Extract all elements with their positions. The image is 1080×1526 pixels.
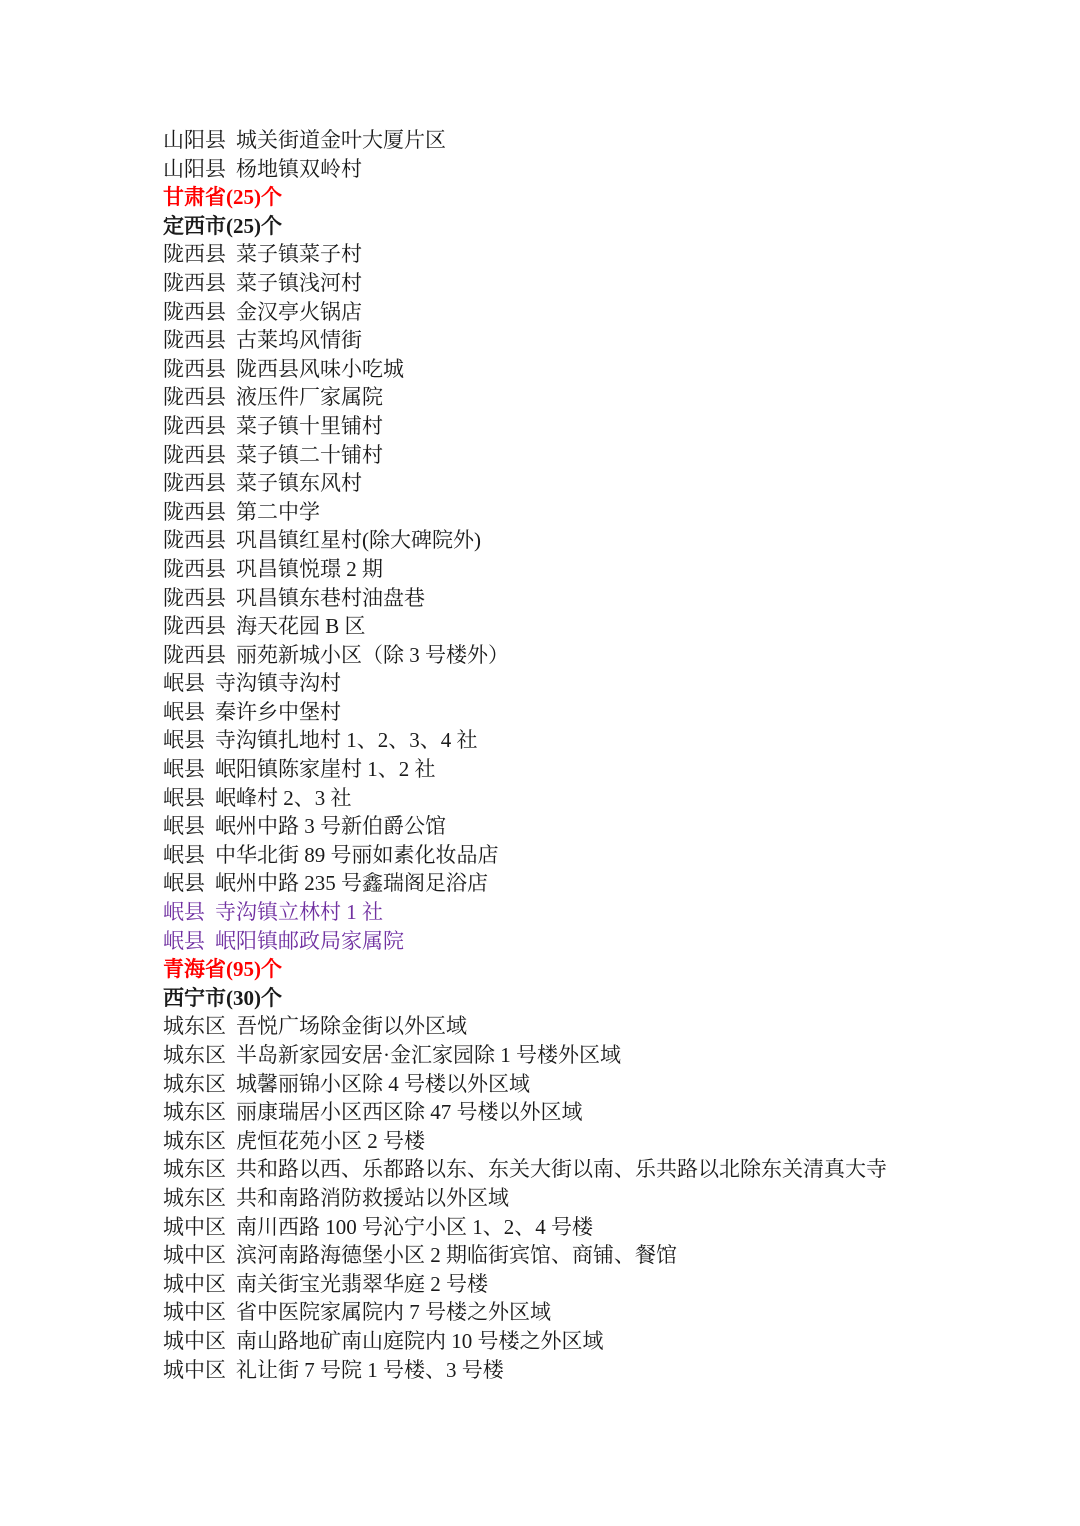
risk-area-entry: 岷县岷阳镇邮政局家属院	[163, 927, 1020, 956]
risk-area-entry: 城中区南川西路 100 号沁宁小区 1、2、4 号楼	[163, 1213, 1020, 1242]
region-label: 城东区	[163, 1014, 226, 1038]
risk-area-entry: 陇西县菜子镇浅河村	[163, 269, 1020, 298]
place-label: 滨河南路海德堡小区 2 期临街宾馆、商铺、餐馆	[236, 1243, 677, 1267]
place-label: 菜子镇东风村	[236, 471, 362, 495]
risk-area-entry: 岷县中华北街 89 号丽如素化妆品店	[163, 841, 1020, 870]
place-label: 丽苑新城小区（除 3 号楼外）	[236, 643, 509, 667]
place-label: 菜子镇浅河村	[236, 271, 362, 295]
place-label: 岷峰村 2、3 社	[215, 786, 352, 810]
risk-area-entry: 城东区吾悦广场除金街以外区域	[163, 1012, 1020, 1041]
region-label: 岷县	[163, 671, 205, 695]
region-label: 陇西县	[163, 357, 226, 381]
risk-area-entry: 岷县秦许乡中堡村	[163, 698, 1020, 727]
city-header: 定西市(25)个	[163, 212, 1020, 241]
place-label: 虎恒花苑小区 2 号楼	[236, 1129, 425, 1153]
place-label: 共和路以西、乐都路以东、东关大街以南、乐共路以北除东关清真大寺	[236, 1157, 887, 1181]
risk-area-entry: 陇西县第二中学	[163, 498, 1020, 527]
place-label: 城关街道金叶大厦片区	[236, 128, 446, 152]
region-label: 岷县	[163, 814, 205, 838]
region-label: 城东区	[163, 1129, 226, 1153]
risk-area-entry: 岷县岷州中路 235 号鑫瑞阁足浴店	[163, 869, 1020, 898]
risk-area-entry: 陇西县巩昌镇红星村(除大碑院外)	[163, 526, 1020, 555]
region-label: 城东区	[163, 1186, 226, 1210]
region-label: 城中区	[163, 1215, 226, 1239]
region-label: 陇西县	[163, 385, 226, 409]
place-label: 南关街宝光翡翠华庭 2 号楼	[236, 1272, 488, 1296]
region-label: 岷县	[163, 728, 205, 752]
risk-area-entry: 城东区共和路以西、乐都路以东、东关大街以南、乐共路以北除东关清真大寺	[163, 1155, 1020, 1184]
risk-area-entry: 城东区虎恒花苑小区 2 号楼	[163, 1127, 1020, 1156]
risk-area-entry: 城中区滨河南路海德堡小区 2 期临街宾馆、商铺、餐馆	[163, 1241, 1020, 1270]
risk-area-entry: 陇西县古莱坞风情街	[163, 326, 1020, 355]
region-label: 岷县	[163, 700, 205, 724]
region-label: 陇西县	[163, 414, 226, 438]
region-label: 山阳县	[163, 128, 226, 152]
region-label: 岷县	[163, 786, 205, 810]
place-label: 第二中学	[236, 500, 320, 524]
risk-area-entry: 陇西县菜子镇东风村	[163, 469, 1020, 498]
region-label: 陇西县	[163, 528, 226, 552]
place-label: 菜子镇二十铺村	[236, 443, 383, 467]
region-label: 城中区	[163, 1329, 226, 1353]
place-label: 秦许乡中堡村	[215, 700, 341, 724]
region-label: 岷县	[163, 929, 205, 953]
region-label: 陇西县	[163, 242, 226, 266]
place-label: 省中医院家属院内 7 号楼之外区域	[236, 1300, 551, 1324]
region-label: 陇西县	[163, 586, 226, 610]
risk-area-entry: 城中区礼让街 7 号院 1 号楼、3 号楼	[163, 1356, 1020, 1385]
risk-area-entry: 陇西县巩昌镇东巷村油盘巷	[163, 584, 1020, 613]
region-label: 岷县	[163, 871, 205, 895]
risk-area-entry: 岷县寺沟镇扎地村 1、2、3、4 社	[163, 726, 1020, 755]
place-label: 中华北街 89 号丽如素化妆品店	[215, 843, 499, 867]
place-label: 南川西路 100 号沁宁小区 1、2、4 号楼	[236, 1215, 593, 1239]
place-label: 杨地镇双岭村	[236, 157, 362, 181]
region-label: 陇西县	[163, 614, 226, 638]
place-label: 巩昌镇悦璟 2 期	[236, 557, 383, 581]
risk-area-entry: 城东区城馨丽锦小区除 4 号楼以外区域	[163, 1070, 1020, 1099]
risk-area-entry: 城中区南关街宝光翡翠华庭 2 号楼	[163, 1270, 1020, 1299]
region-label: 城中区	[163, 1300, 226, 1324]
region-label: 陇西县	[163, 300, 226, 324]
risk-area-entry: 城东区半岛新家园安居·金汇家园除 1 号楼外区域	[163, 1041, 1020, 1070]
city-header: 西宁市(30)个	[163, 984, 1020, 1013]
risk-area-entry: 岷县岷州中路 3 号新伯爵公馆	[163, 812, 1020, 841]
header-label: 甘肃省(25)个	[163, 185, 282, 209]
place-label: 岷阳镇邮政局家属院	[215, 929, 404, 953]
risk-area-entry: 陇西县陇西县风味小吃城	[163, 355, 1020, 384]
region-label: 陇西县	[163, 443, 226, 467]
risk-area-entry: 陇西县液压件厂家属院	[163, 383, 1020, 412]
place-label: 古莱坞风情街	[236, 328, 362, 352]
region-label: 陇西县	[163, 557, 226, 581]
risk-area-entry: 岷县岷峰村 2、3 社	[163, 784, 1020, 813]
risk-area-entry: 陇西县巩昌镇悦璟 2 期	[163, 555, 1020, 584]
region-label: 岷县	[163, 843, 205, 867]
place-label: 液压件厂家属院	[236, 385, 383, 409]
risk-area-entry: 山阳县城关街道金叶大厦片区	[163, 126, 1020, 155]
region-label: 陇西县	[163, 500, 226, 524]
place-label: 共和南路消防救援站以外区域	[236, 1186, 509, 1210]
region-label: 城东区	[163, 1043, 226, 1067]
header-label: 西宁市(30)个	[163, 986, 282, 1010]
risk-area-entry: 岷县寺沟镇寺沟村	[163, 669, 1020, 698]
place-label: 寺沟镇扎地村 1、2、3、4 社	[215, 728, 478, 752]
place-label: 岷阳镇陈家崖村 1、2 社	[215, 757, 436, 781]
place-label: 金汉亭火锅店	[236, 300, 362, 324]
risk-area-entry: 陇西县丽苑新城小区（除 3 号楼外）	[163, 641, 1020, 670]
place-label: 菜子镇十里铺村	[236, 414, 383, 438]
region-label: 岷县	[163, 900, 205, 924]
place-label: 半岛新家园安居·金汇家园除 1 号楼外区域	[236, 1043, 621, 1067]
risk-area-entry: 城中区省中医院家属院内 7 号楼之外区域	[163, 1298, 1020, 1327]
place-label: 岷州中路 3 号新伯爵公馆	[215, 814, 446, 838]
province-header: 甘肃省(25)个	[163, 183, 1020, 212]
risk-area-entry: 城中区南山路地矿南山庭院内 10 号楼之外区域	[163, 1327, 1020, 1356]
region-label: 城中区	[163, 1272, 226, 1296]
region-label: 城东区	[163, 1157, 226, 1181]
region-label: 陇西县	[163, 643, 226, 667]
risk-area-entry: 陇西县金汉亭火锅店	[163, 298, 1020, 327]
place-label: 巩昌镇红星村(除大碑院外)	[236, 528, 481, 552]
risk-area-entry: 岷县岷阳镇陈家崖村 1、2 社	[163, 755, 1020, 784]
header-label: 青海省(95)个	[163, 957, 282, 981]
region-label: 城东区	[163, 1100, 226, 1124]
region-label: 城中区	[163, 1243, 226, 1267]
region-label: 城中区	[163, 1358, 226, 1382]
region-label: 陇西县	[163, 471, 226, 495]
risk-area-entry: 陇西县菜子镇二十铺村	[163, 441, 1020, 470]
region-label: 陇西县	[163, 328, 226, 352]
region-label: 岷县	[163, 757, 205, 781]
region-label: 城东区	[163, 1072, 226, 1096]
risk-area-entry: 陇西县菜子镇菜子村	[163, 240, 1020, 269]
risk-area-entry: 城东区共和南路消防救援站以外区域	[163, 1184, 1020, 1213]
header-label: 定西市(25)个	[163, 214, 282, 238]
document-page: 山阳县城关街道金叶大厦片区山阳县杨地镇双岭村甘肃省(25)个定西市(25)个陇西…	[0, 0, 1080, 1384]
risk-area-list: 山阳县城关街道金叶大厦片区山阳县杨地镇双岭村甘肃省(25)个定西市(25)个陇西…	[163, 126, 1020, 1384]
risk-area-entry: 岷县寺沟镇立林村 1 社	[163, 898, 1020, 927]
region-label: 陇西县	[163, 271, 226, 295]
place-label: 吾悦广场除金街以外区域	[236, 1014, 467, 1038]
risk-area-entry: 山阳县杨地镇双岭村	[163, 155, 1020, 184]
place-label: 南山路地矿南山庭院内 10 号楼之外区域	[236, 1329, 604, 1353]
region-label: 山阳县	[163, 157, 226, 181]
place-label: 岷州中路 235 号鑫瑞阁足浴店	[215, 871, 488, 895]
place-label: 菜子镇菜子村	[236, 242, 362, 266]
place-label: 海天花园 B 区	[236, 614, 366, 638]
risk-area-entry: 陇西县海天花园 B 区	[163, 612, 1020, 641]
place-label: 陇西县风味小吃城	[236, 357, 404, 381]
risk-area-entry: 城东区丽康瑞居小区西区除 47 号楼以外区域	[163, 1098, 1020, 1127]
place-label: 城馨丽锦小区除 4 号楼以外区域	[236, 1072, 530, 1096]
place-label: 巩昌镇东巷村油盘巷	[236, 586, 425, 610]
place-label: 礼让街 7 号院 1 号楼、3 号楼	[236, 1358, 504, 1382]
province-header: 青海省(95)个	[163, 955, 1020, 984]
place-label: 寺沟镇寺沟村	[215, 671, 341, 695]
place-label: 丽康瑞居小区西区除 47 号楼以外区域	[236, 1100, 583, 1124]
risk-area-entry: 陇西县菜子镇十里铺村	[163, 412, 1020, 441]
place-label: 寺沟镇立林村 1 社	[215, 900, 383, 924]
